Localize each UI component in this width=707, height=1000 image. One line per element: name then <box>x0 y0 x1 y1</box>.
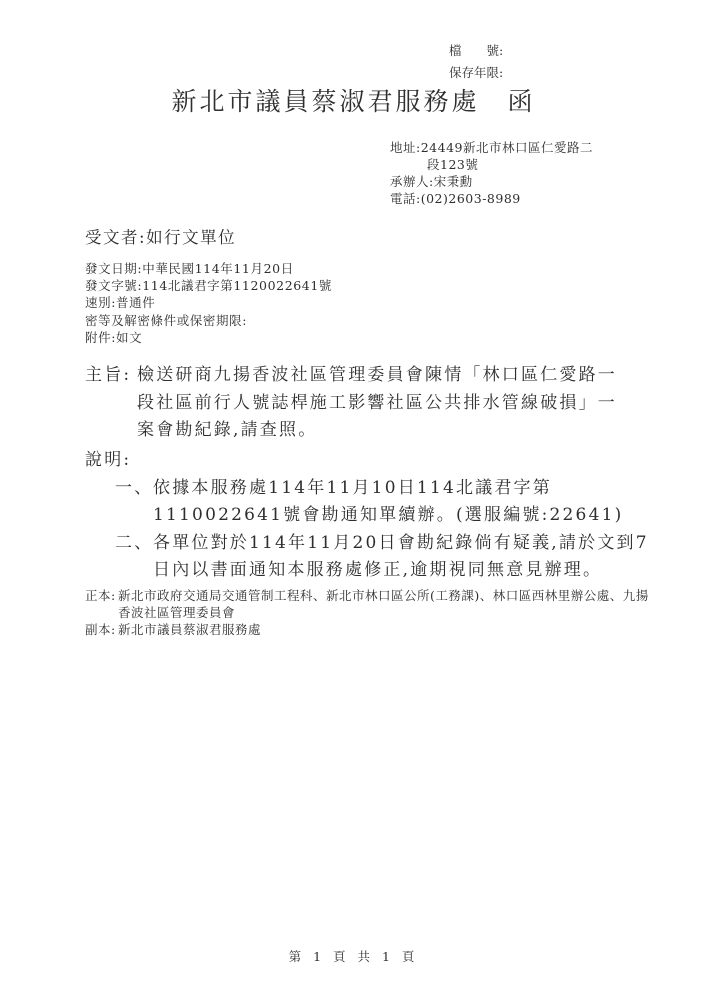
sender-address-line2: 段123號 <box>390 156 593 173</box>
item-2-text: 各單位對於114年11月20日會勘紀錄倘有疑義,請於文到7日內以書面通知本服務處… <box>153 533 649 581</box>
attachment-value: 如文 <box>116 330 142 345</box>
attachment-row: 附件:如文 <box>85 329 332 346</box>
description-section: 說明: 一、 依據本服務處114年11月10日114北議君字第111002264… <box>85 447 651 585</box>
original-copy-value: 新北市政府交通局交通管制工程科、新北市林口區公所(工務課)、林口區西林里辦公處、… <box>118 588 649 620</box>
issue-metadata: 發文日期:中華民國114年11月20日 發文字號:114北議君字第1120022… <box>85 260 332 346</box>
sender-address-line1: 地址:24449新北市林口區仁愛路二 <box>390 139 593 156</box>
original-copy-row: 正本: 新北市政府交通局交通管制工程科、新北市林口區公所(工務課)、林口區西林里… <box>85 587 650 621</box>
recipient-label: 受文者: <box>85 228 146 247</box>
subject-label: 主旨: <box>85 362 131 390</box>
copies-section: 正本: 新北市政府交通局交通管制工程科、新北市林口區公所(工務課)、林口區西林里… <box>85 587 650 639</box>
phone-number: (02)2603-8989 <box>421 191 521 206</box>
file-number-label: 檔 號: <box>449 40 503 62</box>
contact-label: 承辦人: <box>390 174 434 189</box>
address-value-line1: 24449新北市林口區仁愛路二 <box>421 140 593 155</box>
speed-class-value: 普通件 <box>116 295 155 310</box>
speed-class-label: 速別: <box>85 295 116 310</box>
phone-label: 電話: <box>390 191 421 206</box>
issue-date-row: 發文日期:中華民國114年11月20日 <box>85 260 332 277</box>
security-class-label: 密等及解密條件或保密期限: <box>85 313 247 328</box>
cc-copy-value: 新北市議員蔡淑君服務處 <box>118 622 261 637</box>
issue-date-value: 中華民國114年11月20日 <box>142 261 294 276</box>
subject-section: 主旨: 檢送研商九揚香波社區管理委員會陳情「林口區仁愛路一段社區前行人號誌桿施工… <box>85 362 621 445</box>
speed-class-row: 速別:普通件 <box>85 294 332 311</box>
document-title: 新北市議員蔡淑君服務處 函 <box>0 82 707 118</box>
archive-header: 檔 號: 保存年限: <box>449 40 503 84</box>
sender-contact: 承辦人:宋秉勳 <box>390 173 593 190</box>
item-1-text: 依據本服務處114年11月10日114北議君字第1110022641號會勘通知單… <box>153 478 623 526</box>
description-items: 一、 依據本服務處114年11月10日114北議君字第1110022641號會勘… <box>115 475 651 585</box>
recipient-line: 受文者:如行文單位 <box>85 224 236 248</box>
attachment-label: 附件: <box>85 330 116 345</box>
sender-info: 地址:24449新北市林口區仁愛路二 段123號 承辦人:宋秉勳 電話:(02)… <box>390 139 593 207</box>
recipient-value: 如行文單位 <box>146 228 236 247</box>
retention-period-label: 保存年限: <box>449 62 503 84</box>
item-2-number: 二、 <box>115 530 153 558</box>
contact-name: 宋秉勳 <box>434 174 473 189</box>
original-copy-label: 正本: <box>85 587 116 604</box>
cc-copy-row: 副本: 新北市議員蔡淑君服務處 <box>85 621 650 638</box>
issue-number-row: 發文字號:114北議君字第1120022641號 <box>85 277 332 294</box>
security-class-row: 密等及解密條件或保密期限: <box>85 312 332 329</box>
item-1-number: 一、 <box>115 475 153 503</box>
description-item-2: 二、 各單位對於114年11月20日會勘紀錄倘有疑義,請於文到7日內以書面通知本… <box>115 530 651 585</box>
address-label: 地址: <box>390 140 421 155</box>
cc-copy-label: 副本: <box>85 621 116 638</box>
issue-number-value: 114北議君字第1120022641號 <box>142 278 332 293</box>
subject-text: 檢送研商九揚香波社區管理委員會陳情「林口區仁愛路一段社區前行人號誌桿施工影響社區… <box>137 365 617 440</box>
sender-phone: 電話:(02)2603-8989 <box>390 190 593 207</box>
issue-date-label: 發文日期: <box>85 261 142 276</box>
description-item-1: 一、 依據本服務處114年11月10日114北議君字第1110022641號會勘… <box>115 475 651 530</box>
page-indicator: 第 1 頁 共 1 頁 <box>0 947 707 965</box>
description-label: 說明: <box>85 447 651 475</box>
issue-number-label: 發文字號: <box>85 278 142 293</box>
